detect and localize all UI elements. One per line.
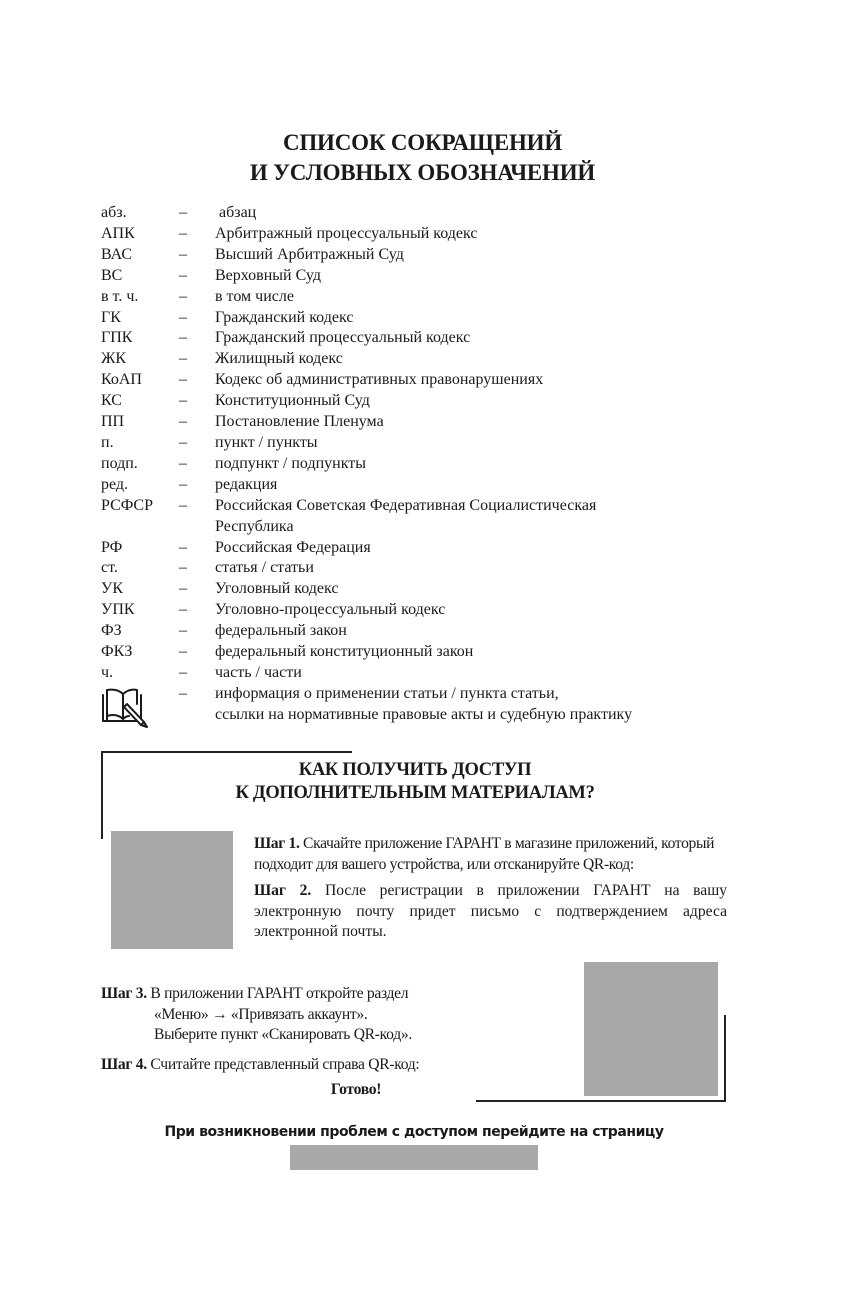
abbreviation-row: п.–пункт / пункты <box>101 433 741 454</box>
abbreviation-definition: Российская Федерация <box>215 538 741 559</box>
dash-separator: – <box>179 308 187 329</box>
abbreviation-definition: федеральный закон <box>215 621 741 642</box>
abbreviation-definition: часть / части <box>215 663 741 684</box>
abbreviation-term: в т. ч. <box>101 287 138 308</box>
abbreviation-list: абз.–абзацАПК–Арбитражный процессуальный… <box>101 203 741 726</box>
step-4-text: Считайте представленный справа QR-код: <box>147 1056 420 1073</box>
abbreviation-definition: пункт / пункты <box>215 433 741 454</box>
dash-separator: – <box>179 600 187 621</box>
abbreviation-term: ГПК <box>101 328 132 349</box>
step-2-text: После регистрации в приложении ГАРАНТ на… <box>254 882 727 940</box>
abbreviation-row: УК–Уголовный кодекс <box>101 579 741 600</box>
step-4-label: Шаг 4. <box>101 1056 147 1073</box>
step-1-text: Скачайте приложение ГАРАНТ в магазине пр… <box>254 835 714 873</box>
icon-legend-line1: информация о применении статьи / пункта … <box>215 684 741 705</box>
app-store-qr-code-redacted <box>111 831 233 949</box>
abbreviation-definition: подпункт / подпункты <box>215 454 741 475</box>
frame-bottom-line <box>476 1100 726 1102</box>
abbreviation-row: ФКЗ–федеральный конституционный закон <box>101 642 741 663</box>
abbreviation-term: ВАС <box>101 245 132 266</box>
abbreviation-definition: Постановление Пленума <box>215 412 741 433</box>
access-title-line2: К ДОПОЛНИТЕЛЬНЫМ МАТЕРИАЛАМ? <box>0 782 830 805</box>
done-label: Готово! <box>300 1081 412 1099</box>
step-2: Шаг 2. После регистрации в приложении ГА… <box>254 881 727 943</box>
abbreviation-term: КС <box>101 391 122 412</box>
dash-separator: – <box>179 266 187 287</box>
abbreviation-term: КоАП <box>101 370 142 391</box>
abbreviation-row: ч.–часть / части <box>101 663 741 684</box>
dash-separator: – <box>179 579 187 600</box>
dash-separator: – <box>179 475 187 496</box>
abbreviation-definition: статья / статьи <box>215 558 741 579</box>
abbreviation-term: АПК <box>101 224 135 245</box>
abbreviation-row: в т. ч.–в том числе <box>101 287 741 308</box>
abbreviation-row: ФЗ–федеральный закон <box>101 621 741 642</box>
activation-qr-code-redacted <box>584 962 718 1096</box>
abbreviation-row: ЖК–Жилищный кодекс <box>101 349 741 370</box>
step-2-label: Шаг 2. <box>254 882 311 899</box>
icon-legend-line2: ссылки на нормативные правовые акты и су… <box>215 705 741 726</box>
steps-1-2: Шаг 1. Скачайте приложение ГАРАНТ в мага… <box>254 834 727 943</box>
dash-separator: – <box>179 203 187 224</box>
abbreviation-definition: Конституционный Суд <box>215 391 741 412</box>
abbreviation-term: РСФСР <box>101 496 153 517</box>
abbreviation-row: ГПК–Гражданский процессуальный кодекс <box>101 328 741 349</box>
help-text: При возникновении проблем с доступом пер… <box>0 1124 828 1140</box>
page-title: СПИСОК СОКРАЩЕНИЙ И УСЛОВНЫХ ОБОЗНАЧЕНИЙ <box>0 128 845 188</box>
abbreviation-term: ВС <box>101 266 122 287</box>
dash-separator: – <box>179 642 187 663</box>
abbreviation-definition: Уголовно-процессуальный кодекс <box>215 600 741 621</box>
dash-separator: – <box>179 287 187 308</box>
step-3-line1: В приложении ГАРАНТ откройте раздел <box>147 985 409 1002</box>
abbreviation-definition: в том числе <box>215 287 741 308</box>
dash-separator: – <box>179 496 187 517</box>
page-title-line2: И УСЛОВНЫХ ОБОЗНАЧЕНИЙ <box>0 158 845 188</box>
dash-separator: – <box>179 349 187 370</box>
dash-separator: – <box>179 224 187 245</box>
abbreviation-definition-line2: Республика <box>215 517 741 538</box>
abbreviation-definition: федеральный конституционный закон <box>215 642 741 663</box>
support-url-redacted[interactable] <box>290 1145 538 1170</box>
abbreviation-row: ст.–статья / статьи <box>101 558 741 579</box>
abbreviation-row: ред.–редакция <box>101 475 741 496</box>
access-title-line1: КАК ПОЛУЧИТЬ ДОСТУП <box>0 759 830 782</box>
book-pencil-icon <box>101 686 149 728</box>
abbreviation-term: п. <box>101 433 114 454</box>
abbreviation-term: ГК <box>101 308 121 329</box>
abbreviation-row: РСФСР–Российская Советская Федеративная … <box>101 496 741 538</box>
step-1-label: Шаг 1. <box>254 835 300 852</box>
abbreviation-definition: Гражданский процессуальный кодекс <box>215 328 741 349</box>
abbreviation-definition: Высший Арбитражный Суд <box>215 245 741 266</box>
step-4: Шаг 4. Считайте представленный справа QR… <box>101 1055 419 1076</box>
frame-top-line <box>101 751 352 753</box>
page-title-line1: СПИСОК СОКРАЩЕНИЙ <box>0 128 845 158</box>
abbreviation-term: ч. <box>101 663 113 684</box>
abbreviation-row: ПП–Постановление Пленума <box>101 412 741 433</box>
dash-separator: – <box>179 684 187 705</box>
dash-separator: – <box>179 538 187 559</box>
abbreviation-definition: редакция <box>215 475 741 496</box>
step-3: Шаг 3. В приложении ГАРАНТ откройте разд… <box>101 984 412 1046</box>
abbreviation-definition: Верховный Суд <box>215 266 741 287</box>
dash-separator: – <box>179 391 187 412</box>
abbreviation-term: подп. <box>101 454 138 475</box>
abbreviation-term: ред. <box>101 475 128 496</box>
abbreviation-definition: абзац <box>219 203 741 224</box>
abbreviation-term: ст. <box>101 558 118 579</box>
icon-legend-row: –информация о применении статьи / пункта… <box>101 684 741 726</box>
abbreviation-row: АПК–Арбитражный процессуальный кодекс <box>101 224 741 245</box>
abbreviation-definition: Жилищный кодекс <box>215 349 741 370</box>
abbreviation-term: ПП <box>101 412 124 433</box>
abbreviation-row: подп.–подпункт / подпункты <box>101 454 741 475</box>
dash-separator: – <box>179 454 187 475</box>
abbreviation-row: ГК–Гражданский кодекс <box>101 308 741 329</box>
abbreviation-row: КоАП–Кодекс об административных правонар… <box>101 370 741 391</box>
abbreviation-term: РФ <box>101 538 122 559</box>
step-3-label: Шаг 3. <box>101 985 147 1002</box>
dash-separator: – <box>179 412 187 433</box>
abbreviation-term: УПК <box>101 600 135 621</box>
abbreviation-term: абз. <box>101 203 127 224</box>
dash-separator: – <box>179 433 187 454</box>
abbreviation-row: абз.–абзац <box>101 203 741 224</box>
abbreviation-definition: Арбитражный процессуальный кодекс <box>215 224 741 245</box>
abbreviation-row: ВС–Верховный Суд <box>101 266 741 287</box>
abbreviation-term: УК <box>101 579 123 600</box>
abbreviation-definition: Кодекс об административных правонарушени… <box>215 370 741 391</box>
dash-separator: – <box>179 621 187 642</box>
abbreviation-row: РФ–Российская Федерация <box>101 538 741 559</box>
abbreviation-term: ФЗ <box>101 621 122 642</box>
frame-right-line <box>724 1015 726 1101</box>
dash-separator: – <box>179 663 187 684</box>
abbreviation-row: КС–Конституционный Суд <box>101 391 741 412</box>
dash-separator: – <box>179 245 187 266</box>
step-1: Шаг 1. Скачайте приложение ГАРАНТ в мага… <box>254 834 727 875</box>
step-3-line2: «Меню» → «Привязать аккаунт». <box>101 1005 412 1026</box>
abbreviation-definition-line1: Российская Советская Федеративная Социал… <box>215 496 741 517</box>
dash-separator: – <box>179 558 187 579</box>
abbreviation-definition: Гражданский кодекс <box>215 308 741 329</box>
abbreviation-term: ЖК <box>101 349 126 370</box>
abbreviation-row: УПК–Уголовно-процессуальный кодекс <box>101 600 741 621</box>
abbreviation-row: ВАС–Высший Арбитражный Суд <box>101 245 741 266</box>
abbreviation-definition: Уголовный кодекс <box>215 579 741 600</box>
abbreviation-term: ФКЗ <box>101 642 132 663</box>
dash-separator: – <box>179 328 187 349</box>
access-section-title: КАК ПОЛУЧИТЬ ДОСТУП К ДОПОЛНИТЕЛЬНЫМ МАТ… <box>0 759 830 805</box>
step-3-line3: Выберите пункт «Сканировать QR-код». <box>101 1025 412 1046</box>
dash-separator: – <box>179 370 187 391</box>
